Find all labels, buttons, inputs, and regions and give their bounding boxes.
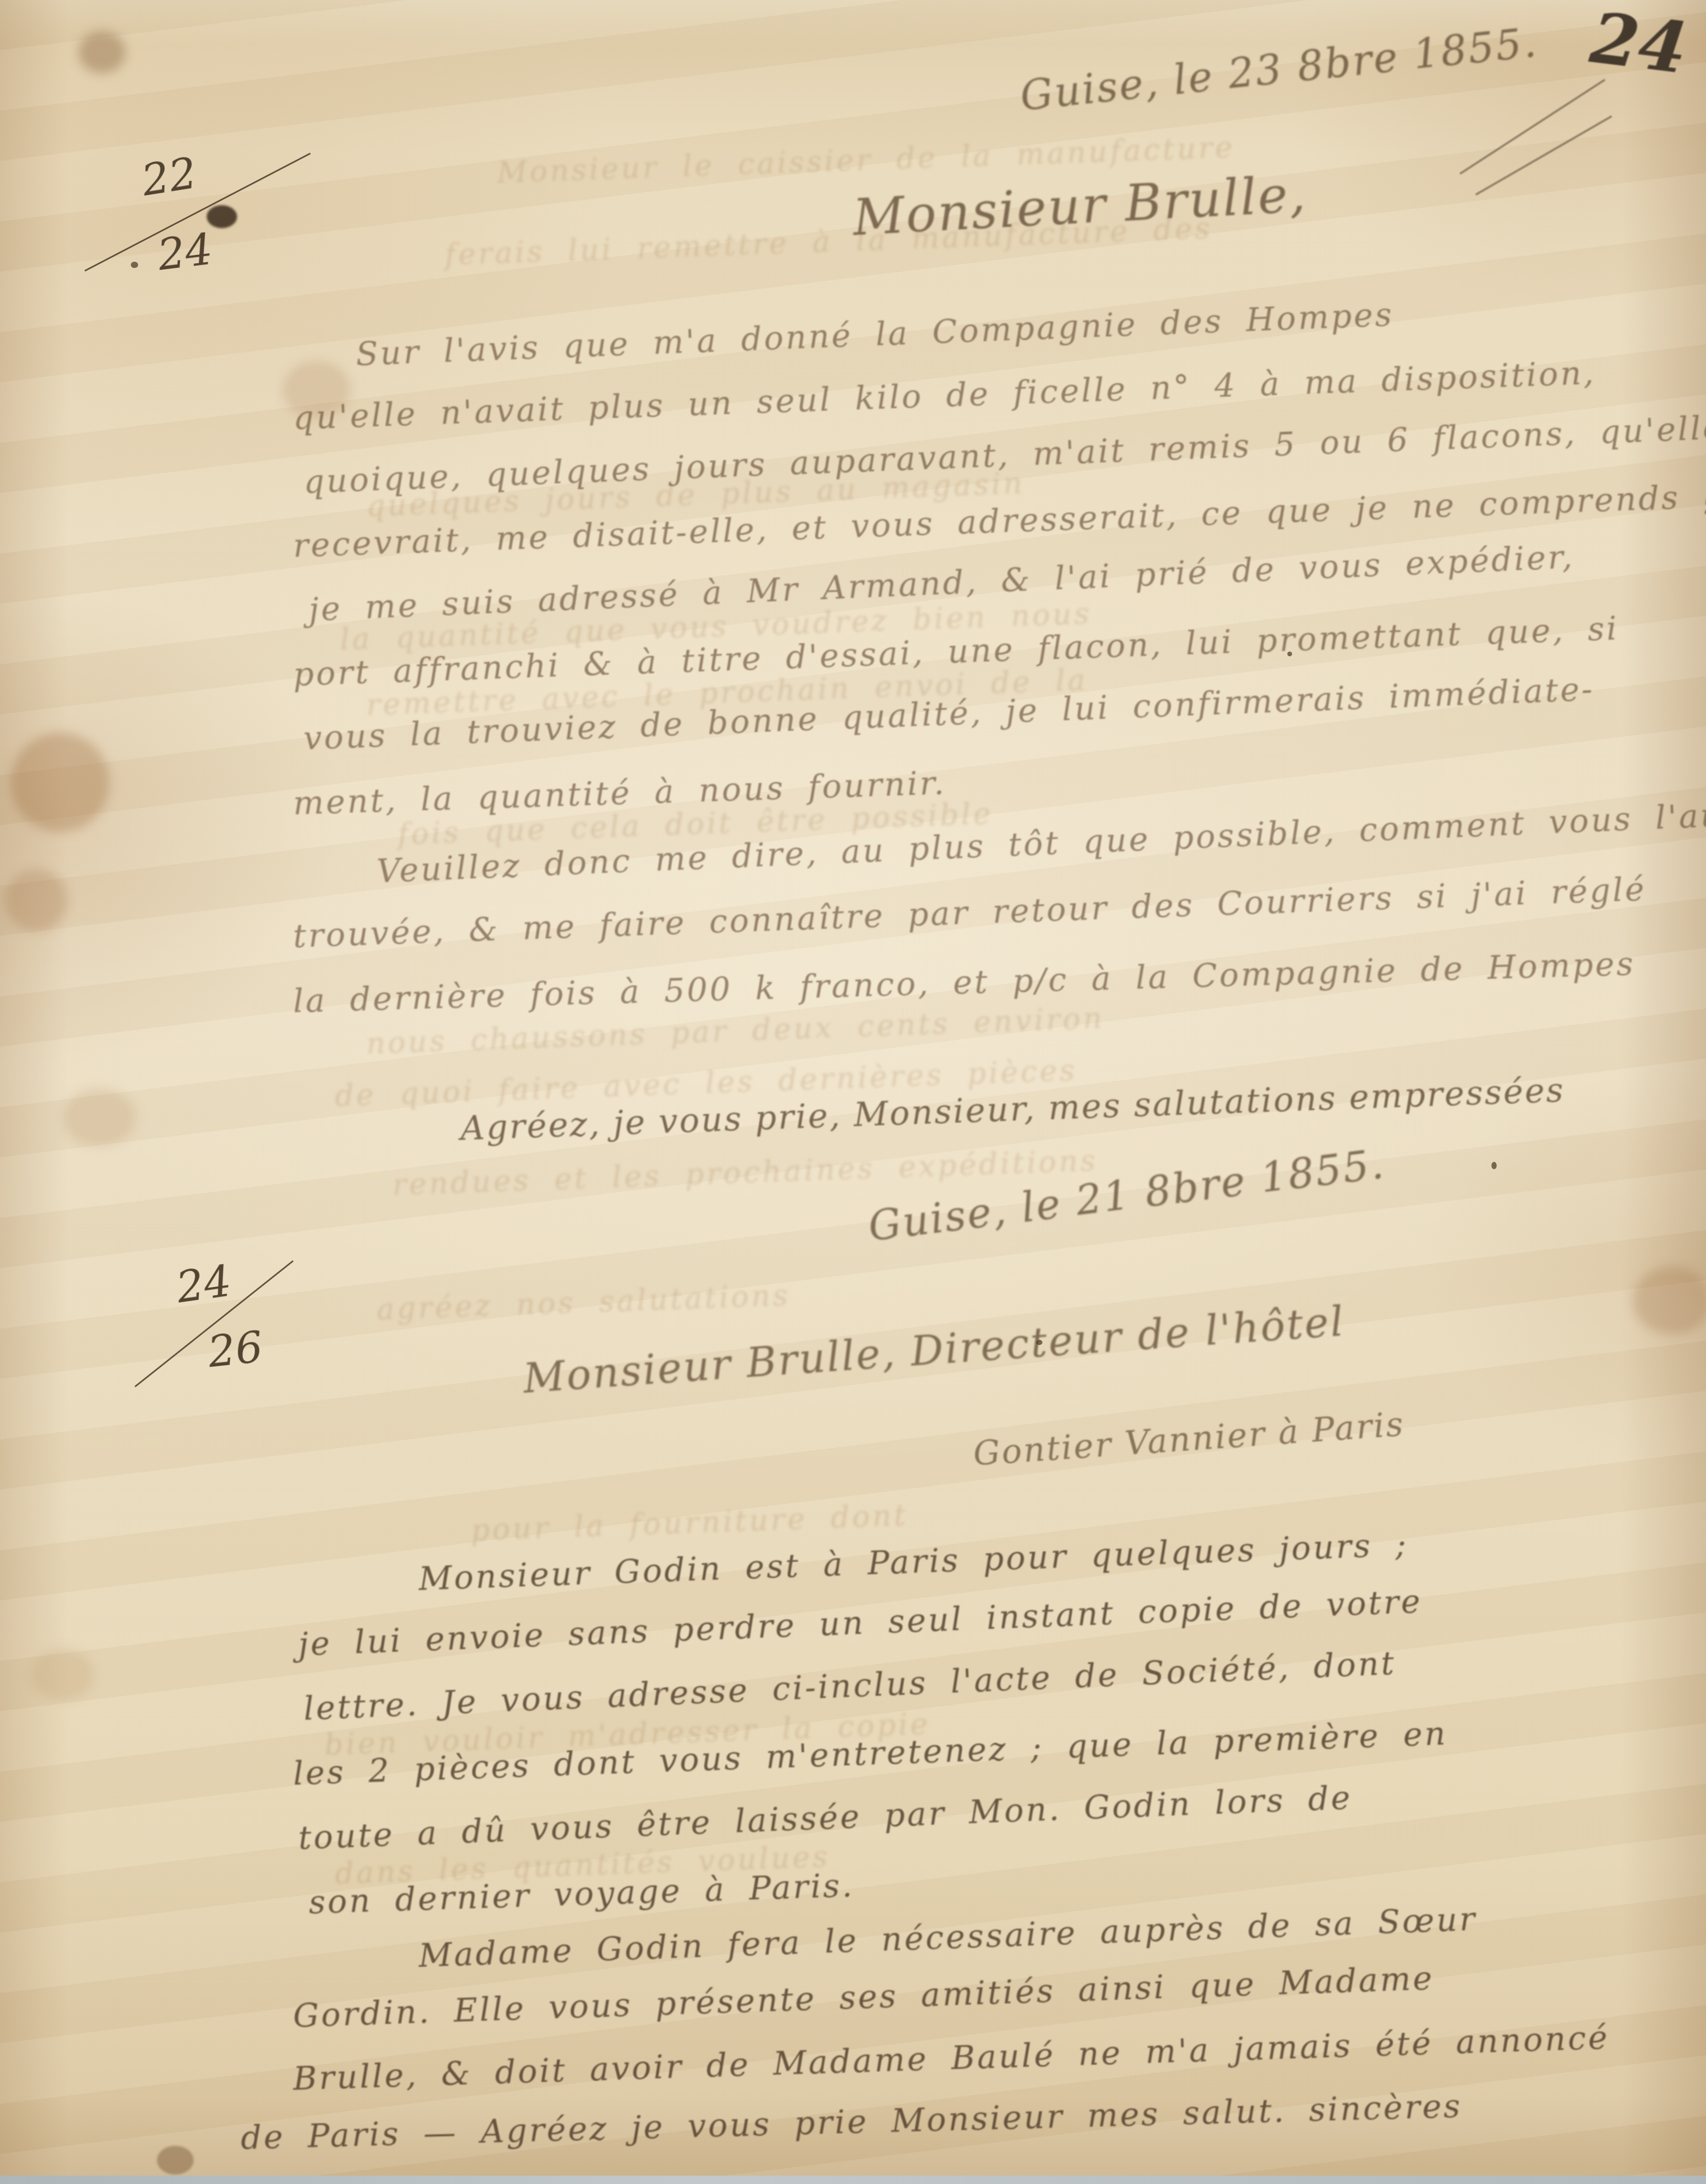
ink-speck [131,262,138,268]
margin-note-numerator: 24 [173,1257,234,1314]
letter1-dateline: Guise, le 23 8bre 1855. [1018,19,1540,120]
ink-stain [63,1089,136,1146]
page-number: 24 [1586,0,1691,90]
letter-scan-page: 24 22 24 24 26 Monsieur le caissier de l… [0,0,1706,2184]
letter2-address-line: Gontier Vannier à Paris [972,1405,1406,1473]
letter2-body-line: de Paris — Agréez je vous prie Monsieur … [240,2087,1463,2157]
scanner-edge [0,2176,1706,2184]
letter1-salutation: Monsieur Brulle, [851,165,1308,247]
ink-stain [10,733,110,832]
pen-stroke [1475,115,1612,195]
bleedthrough-line: agréez nos salutations [376,1278,791,1327]
ink-blot [207,205,237,228]
bleedthrough-line: pour la fourniture dont [470,1498,909,1548]
ink-blot [157,2146,194,2175]
ink-stain [5,869,68,932]
letter1-body-line: Sur l'avis que m'a donné la Compagnie de… [355,295,1395,373]
ink-stain [78,31,126,73]
ink-stain [31,1649,94,1701]
ink-speck [1491,1162,1497,1169]
margin-note-denominator: 24 [155,225,215,281]
ink-stain [1633,1267,1706,1335]
margin-note-denominator: 26 [206,1323,265,1377]
letter2-body-line: Brulle, & doit avoir de Madame Baulé ne … [293,2018,1610,2098]
margin-note-numerator: 22 [139,149,200,206]
